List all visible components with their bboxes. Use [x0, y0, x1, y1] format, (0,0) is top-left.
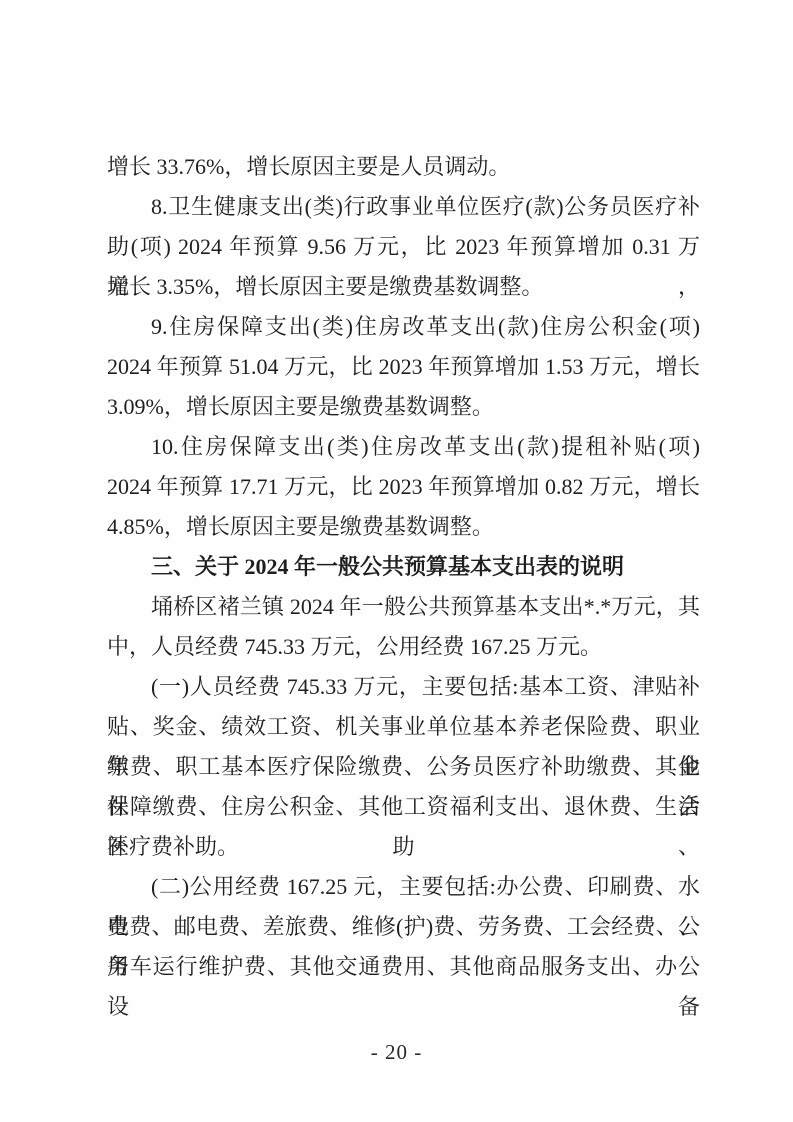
paragraph-item-8: 8.卫生健康支出(类)行政事业单位医疗(款)公务员医疗补 助(项) 2024 年…	[107, 187, 700, 307]
text-line: (一)人员经费 745.33 万元，主要包括:基本工资、津贴补	[107, 667, 700, 707]
section-3-heading: 三、关于 2024 年一般公共预算基本支出表的说明	[107, 547, 700, 587]
paragraph-public-funds: (二)公用经费 167.25 元，主要包括:办公费、印刷费、水费、 电费、邮电费…	[107, 867, 700, 987]
text-line: 增长 33.76%，增长原因主要是人员调动。	[107, 147, 700, 187]
text-line: 2024 年预算 17.71 万元，比 2023 年预算增加 0.82 万元，增…	[107, 467, 700, 507]
document-body: 增长 33.76%，增长原因主要是人员调动。 8.卫生健康支出(类)行政事业单位…	[107, 147, 700, 987]
text-line: 中，人员经费 745.33 万元，公用经费 167.25 万元。	[107, 627, 700, 667]
text-line: 缴费、职工基本医疗保险缴费、公务员医疗补助缴费、其他社会	[107, 747, 700, 787]
paragraph-item-10: 10.住房保障支出(类)住房改革支出(款)提租补贴(项) 2024 年预算 17…	[107, 427, 700, 547]
text-line: 助(项) 2024 年预算 9.56 万元，比 2023 年预算增加 0.31 …	[107, 227, 700, 267]
text-line: 保障缴费、住房公积金、其他工资福利支出、退休费、生活补助、	[107, 787, 700, 827]
paragraph-item-9: 9.住房保障支出(类)住房改革支出(款)住房公积金(项) 2024 年预算 51…	[107, 307, 700, 427]
text-line: (二)公用经费 167.25 元，主要包括:办公费、印刷费、水费、	[107, 867, 700, 907]
text-line: 贴、奖金、绩效工资、机关事业单位基本养老保险费、职业年金	[107, 707, 700, 747]
text-line: 电费、邮电费、差旅费、维修(护)费、劳务费、工会经费、公务	[107, 907, 700, 947]
document-page: 增长 33.76%，增长原因主要是人员调动。 8.卫生健康支出(类)行政事业单位…	[0, 0, 793, 1122]
text-line: 3.09%，增长原因主要是缴费基数调整。	[107, 387, 700, 427]
text-line: 2024 年预算 51.04 万元，比 2023 年预算增加 1.53 万元，增…	[107, 347, 700, 387]
text-line: 8.卫生健康支出(类)行政事业单位医疗(款)公务员医疗补	[107, 187, 700, 227]
section-heading: 三、关于 2024 年一般公共预算基本支出表的说明	[107, 547, 700, 587]
paragraph-section-3-intro: 埇桥区褚兰镇 2024 年一般公共预算基本支出*.*万元，其 中，人员经费 74…	[107, 587, 700, 667]
text-line: 9.住房保障支出(类)住房改革支出(款)住房公积金(项)	[107, 307, 700, 347]
paragraph-item-7-continuation: 增长 33.76%，增长原因主要是人员调动。	[107, 147, 700, 187]
text-line: 埇桥区褚兰镇 2024 年一般公共预算基本支出*.*万元，其	[107, 587, 700, 627]
text-line: 10.住房保障支出(类)住房改革支出(款)提租补贴(项)	[107, 427, 700, 467]
text-line: 用车运行维护费、其他交通费用、其他商品服务支出、办公设备	[107, 947, 700, 987]
text-line: 4.85%，增长原因主要是缴费基数调整。	[107, 507, 700, 547]
page-number: - 20 -	[0, 1032, 793, 1072]
paragraph-personnel-funds: (一)人员经费 745.33 万元，主要包括:基本工资、津贴补 贴、奖金、绩效工…	[107, 667, 700, 867]
